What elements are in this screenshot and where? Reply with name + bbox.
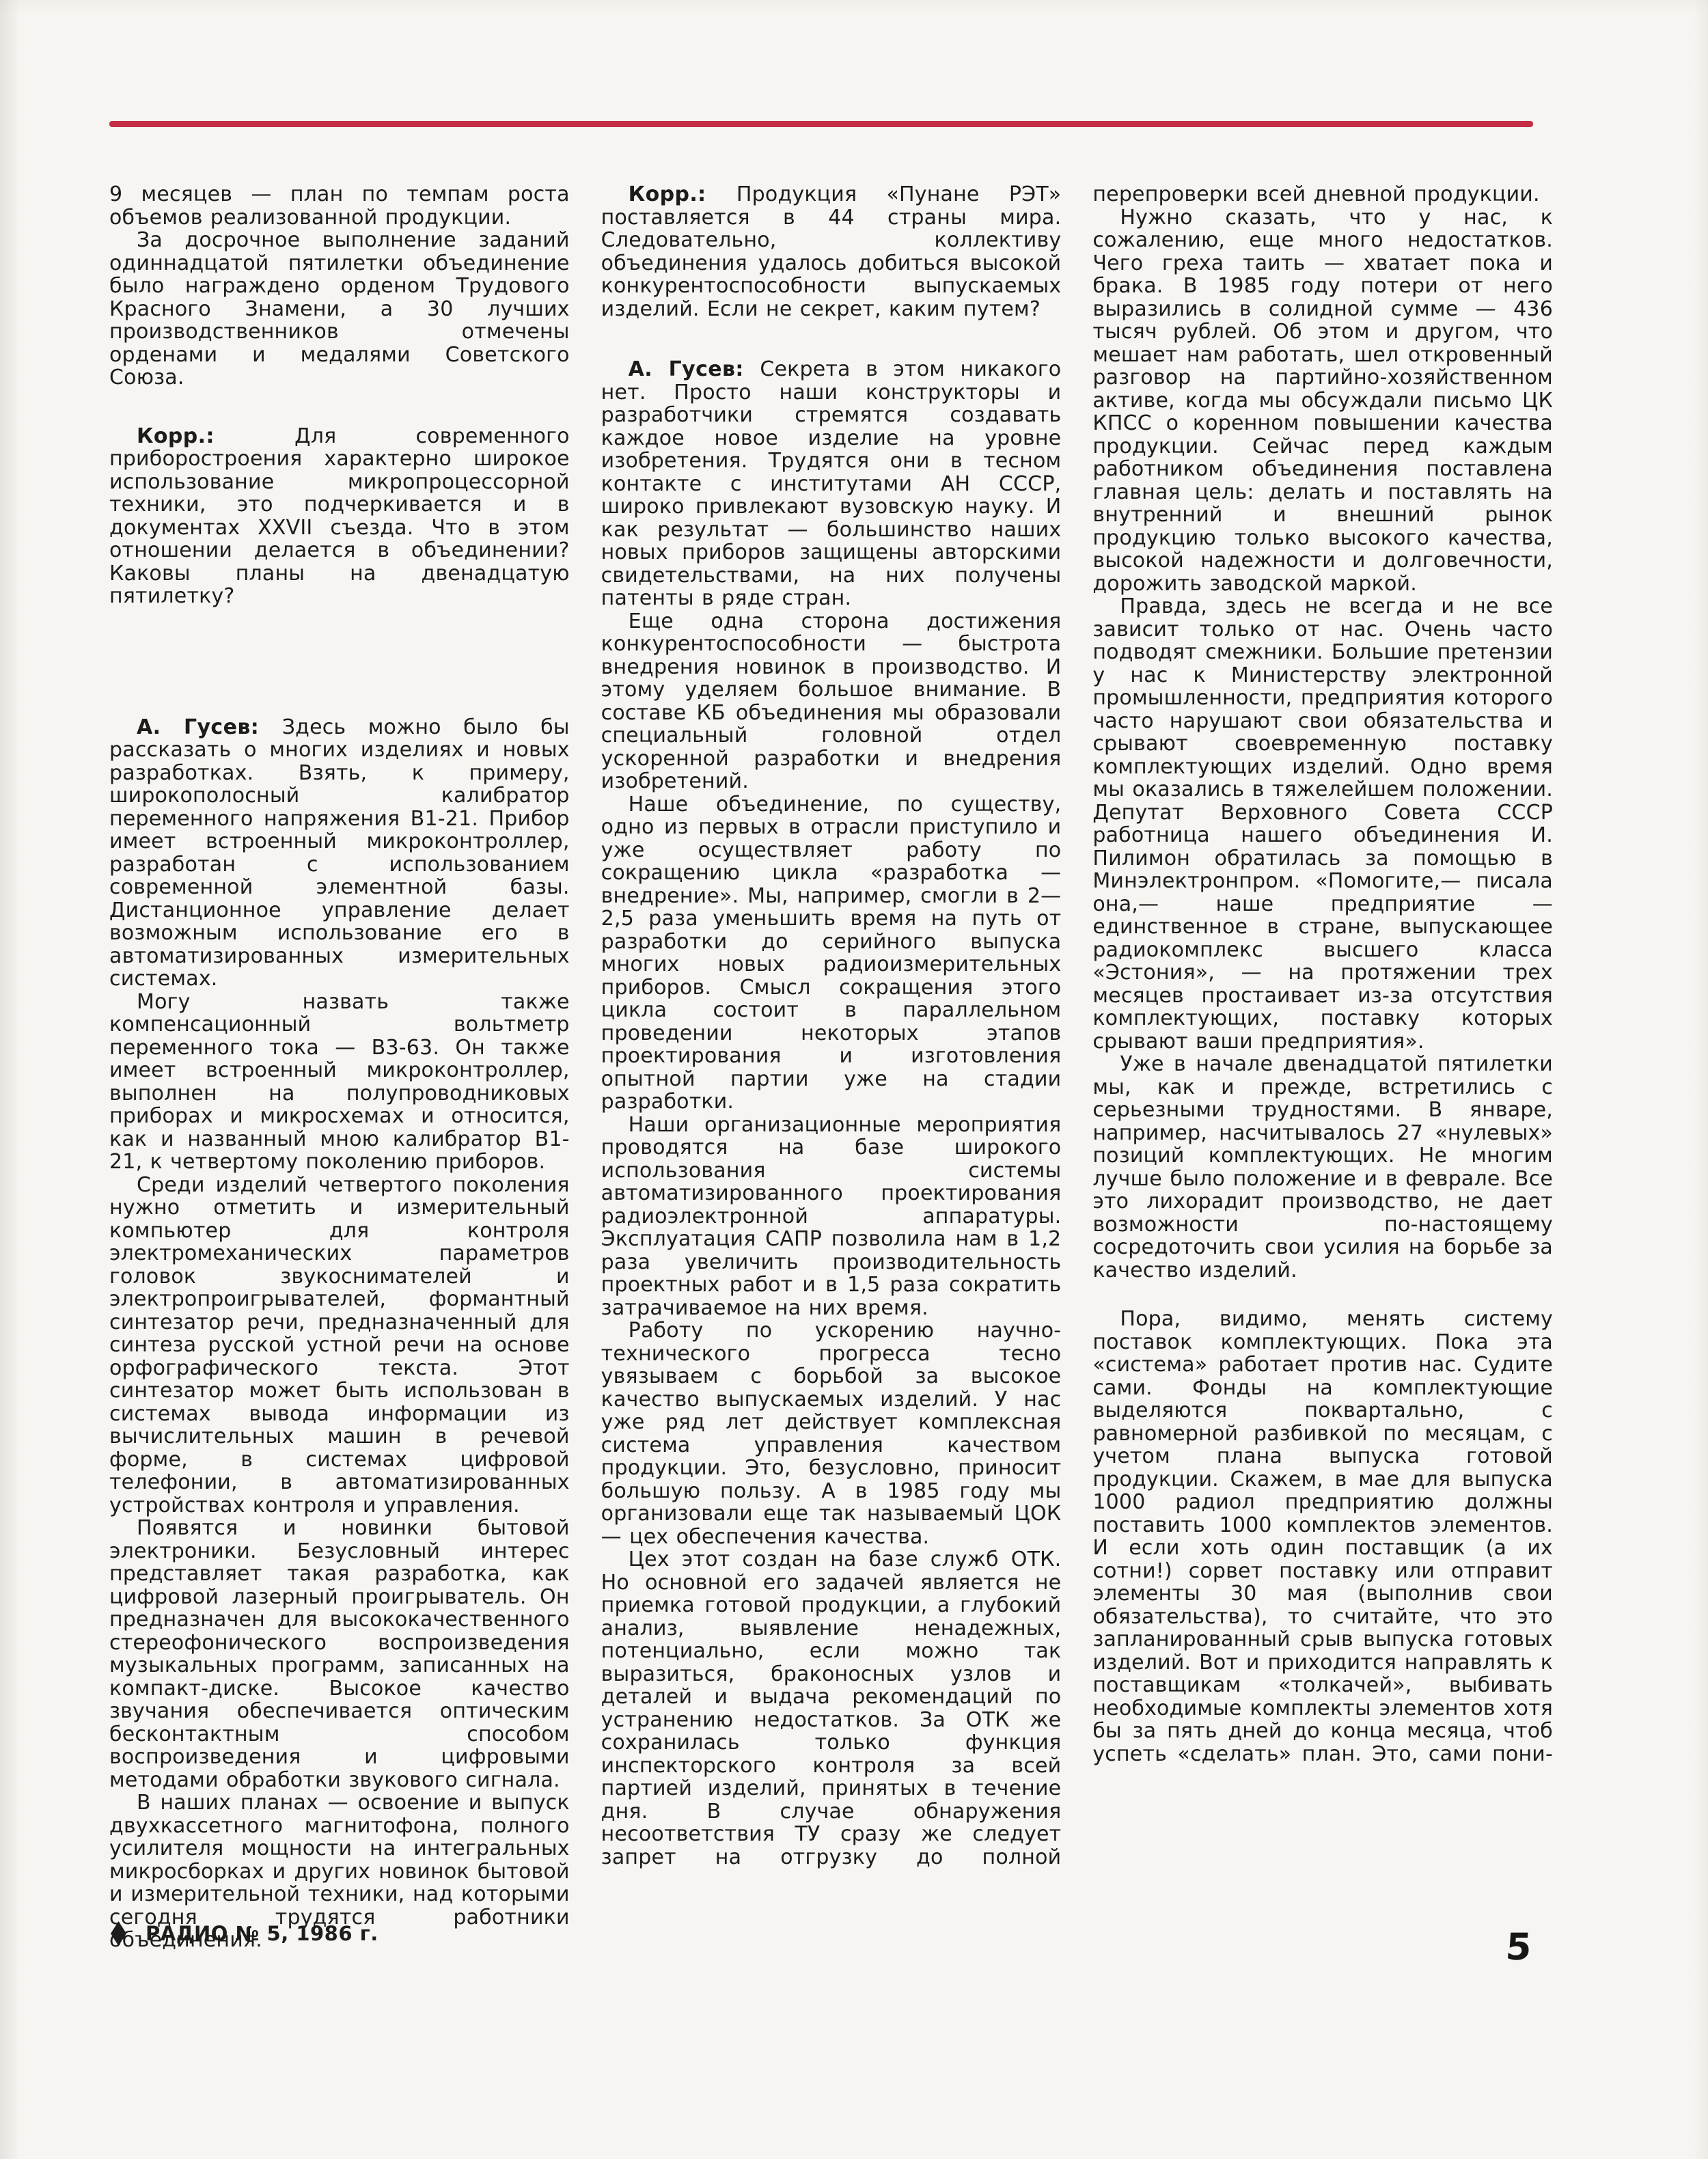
dialog-paragraph: Корр.: Для современного приборостроения … (109, 425, 570, 608)
dialog-paragraph: Корр.: Продукция «Пунане РЭТ» поставляет… (601, 183, 1062, 320)
text-column-2: Корр.: Продукция «Пунане РЭТ» поставляет… (601, 183, 1062, 1952)
body-paragraph: Появятся и новинки бытовой электроники. … (109, 1517, 570, 1791)
speaker-label: Корр.: (629, 182, 736, 206)
diamond-icon (111, 1921, 126, 1946)
body-paragraph: Наше объединение, по существу, одно из п… (601, 793, 1062, 1114)
body-paragraph: перепроверки всей дневной продукции. (1092, 183, 1553, 206)
body-paragraph: Нужно сказать, что у нас, к сожалению, е… (1092, 206, 1553, 596)
article-body: 9 месяцев — план по темпам роста объемов… (109, 183, 1553, 1952)
dialog-paragraph: А. Гусев: Здесь можно было бы рассказать… (109, 716, 570, 991)
body-paragraph: Пора, видимо, менять систему поставок ко… (1092, 1308, 1553, 1765)
speaker-label: Корр.: (137, 424, 294, 448)
magazine-page: 9 месяцев — план по темпам роста объемов… (0, 0, 1708, 2159)
body-paragraph: Наши организационные мероприятия проводя… (601, 1114, 1062, 1320)
body-paragraph: Работу по ускорению научно-технического … (601, 1319, 1062, 1548)
footer: РАДИО № 5, 1986 г. (111, 1921, 378, 1946)
body-paragraph: Еще одна сторона достижения конкурентосп… (601, 610, 1062, 793)
body-paragraph: Уже в начале двенадцатой пятилетки мы, к… (1092, 1053, 1553, 1282)
speaker-label: А. Гусев: (137, 715, 282, 739)
speaker-label: А. Гусев: (629, 357, 760, 381)
magazine-issue-label: РАДИО № 5, 1986 г. (146, 1922, 378, 1945)
text-column-1: 9 месяцев — план по темпам роста объемов… (109, 183, 570, 1952)
body-paragraph: 9 месяцев — план по темпам роста объемов… (109, 183, 570, 229)
body-paragraph: Цех этот создан на базе служб ОТК. Но ос… (601, 1548, 1062, 1869)
body-paragraph: Могу назвать также компенсационный вольт… (109, 991, 570, 1174)
text-column-3: перепроверки всей дневной продукции.Нужн… (1092, 183, 1553, 1952)
dialog-paragraph: А. Гусев: Секрета в этом никакого нет. П… (601, 358, 1062, 610)
red-top-rule (109, 121, 1533, 127)
body-paragraph: Правда, здесь не всегда и не все зависит… (1092, 595, 1553, 1053)
body-paragraph: За досрочное выполнение заданий одиннадц… (109, 229, 570, 389)
body-paragraph: Среди изделий четвертого поколения нужно… (109, 1174, 570, 1517)
page-number: 5 (1504, 1925, 1533, 1968)
